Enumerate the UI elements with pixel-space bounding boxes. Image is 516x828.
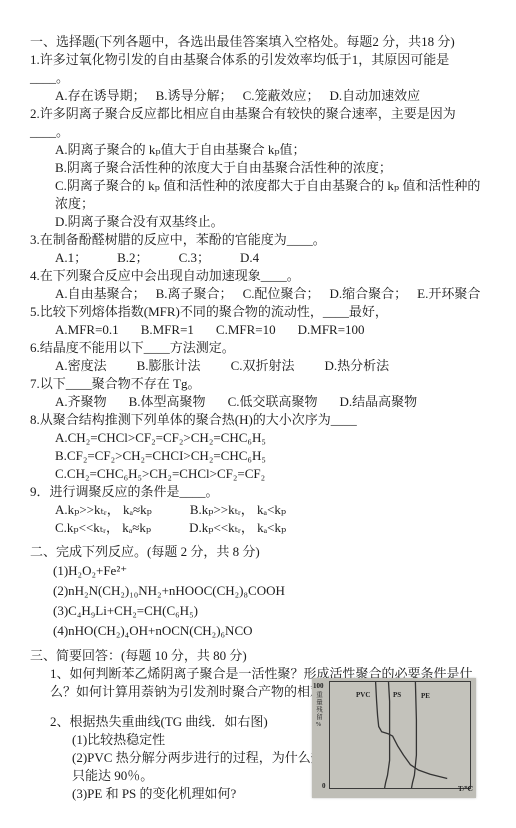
question-9-options-row-1: A.kₚ>>kₜᵣ， kₐ≈kₚ B.kₚ>>kₜᵣ， kₐ<kₚ [55,501,506,519]
x-axis-label: T/℃ [458,780,473,798]
pvc-curve [376,682,448,779]
option-b: B.离子聚合； [156,285,233,303]
tg-curve-figure: 100 重量残留% 0 PVC PS PE T/℃ [312,678,476,798]
question-5-options: A.MFR=0.1 B.MFR=1 C.MFR=10 D.MFR=100 [55,321,506,339]
question-2: 2.许多阴离子聚合反应都比相应自由基聚合有较快的聚合速率，主要是因为____。 … [30,105,506,231]
option-d: D.阴离子聚合没有双基终止。 [55,213,490,231]
option-c: C.笼蔽效应； [243,87,320,105]
option-a: A.自由基聚合； [55,285,146,303]
choice-section: 一、选择题(下列各题中，各选出最佳答案填入空格处。每题2 分，共18 分) 1.… [30,33,506,537]
question-7: 7.以下____聚合物不存在 Tg。 A.齐聚物 B.体型高聚物 C.低交联高聚… [30,375,506,411]
question-3-options: A.1； B.2； C.3； D.4 [55,249,506,267]
question-5-stem: 5.比较下列熔体指数(MFR)不同的聚合物的流动性，____最好， [30,303,482,321]
option-b: B.kₚ>>kₜᵣ， kₐ<kₚ [190,501,286,519]
reaction-4: (4)nHO(CH₂)₄OH+nOCN(CH₂)₆NCO [53,621,506,641]
ps-curve [385,682,390,788]
reaction-3: (3)C₄H₉Li+CH₂=CH(C₆H₅) [53,601,506,621]
option-a: A.齐聚物 [55,393,107,411]
plot-area: PVC PS PE [329,681,471,789]
pvc-curve-label: PVC [356,686,370,704]
option-c: C.配位聚合； [243,285,320,303]
question-3: 3.在制备酚醛树腊的反应中，苯酚的官能度为____。 A.1； B.2； C.3… [30,231,506,267]
question-8-stem: 8.从聚合结构推测下列单体的聚合热(H)的大小次序为____ [30,411,482,429]
option-b: B.膨胀计法 [137,357,201,375]
option-c: C.3； [179,249,210,267]
question-6-stem: 6.结晶度不能用以下____方法测定。 [30,339,482,357]
option-b: B.2； [117,249,148,267]
reaction-1: (1)H₂O₂+Fe²⁺ [53,561,506,581]
q2-subitem-3: (3)PE 和 PS 的变化机理如何? [72,785,350,803]
ps-curve-label: PS [393,686,401,704]
option-a: A.CH₂=CHCl>CF₂=CF₂>CH₂=CHC₆H₅ [55,429,490,447]
question-9-options-row-2: C.kₚ<<kₜᵣ， kₐ≈kₚ D.kₚ<<kₜᵣ， kₐ<kₚ [55,519,506,537]
question-9-stem: 9．进行调聚反应的条件是____。 [30,483,482,501]
option-a: A.MFR=0.1 [55,321,119,339]
y-axis-min-label: 0 [322,777,326,795]
option-a: A.存在诱导期； [55,87,146,105]
question-2-options: A.阴离子聚合的 kₚ值大于自由基聚合 kₚ值； B.阴离子聚合活性种的浓度大于… [30,141,506,231]
reaction-section-heading: 二、完成下列反应。(每题 2 分，共 8 分) [30,543,506,561]
reaction-section: 二、完成下列反应。(每题 2 分，共 8 分) (1)H₂O₂+Fe²⁺ (2)… [30,543,506,641]
short-answer-question-2: 2、根据热失重曲线(TG 曲线．如右图) (1)比较热稳定性 (2)PVC 热分… [50,713,350,803]
question-1-options: A.存在诱导期； B.诱导分解； C.笼蔽效应； D.自动加速效应 [55,87,506,105]
option-c: C.阴离子聚合的 kₚ 值和活性种的浓度都大于自由基聚合的 kₚ 值和活性种的浓… [55,177,490,213]
option-b: B.体型高聚物 [129,393,206,411]
question-1-stem: 1.许多过氧化物引发的自由基聚合体系的引发效率均低于1，其原因可能是____。 [30,51,482,87]
option-b: B.MFR=1 [141,321,194,339]
option-d: D.kₚ<<kₜᵣ， kₐ<kₚ [189,519,286,537]
question-7-options: A.齐聚物 B.体型高聚物 C.低交联高聚物 D.结晶高聚物 [55,393,506,411]
option-b: B.诱导分解； [156,87,233,105]
option-d: D.结晶高聚物 [339,393,417,411]
option-c: C.kₚ<<kₜᵣ， kₐ≈kₚ [55,519,151,537]
short-answer-heading: 三、简要回答：(每题 10 分，共 80 分) [30,647,506,665]
option-e: E.开环聚合 [417,285,480,303]
option-c: C.MFR=10 [216,321,276,339]
pe-curve [412,682,417,788]
option-a: A.阴离子聚合的 kₚ值大于自由基聚合 kₚ值； [55,141,490,159]
option-b: B.阴离子聚合活性种的浓度大于自由基聚合活性种的浓度； [55,159,490,177]
y-axis-label: 重量残留% [315,691,322,729]
question-4-stem: 4.在下列聚合反应中会出现自动加速现象____。 [30,267,482,285]
question-5: 5.比较下列熔体指数(MFR)不同的聚合物的流动性，____最好， A.MFR=… [30,303,506,339]
option-c: C.双折射法 [231,357,295,375]
question-4-options: A.自由基聚合； B.离子聚合； C.配位聚合； D.缩合聚合； E.开环聚合 [55,285,506,303]
q2-subitem-1: (1)比较热稳定性 [72,731,350,749]
question-6: 6.结晶度不能用以下____方法测定。 A.密度法 B.膨胀计法 C.双折射法 … [30,339,506,375]
reaction-2: (2)nH₂N(CH₂)₁₀NH₂+nHOOC(CH₂)₈COOH [53,581,506,601]
question-3-stem: 3.在制备酚醛树腊的反应中，苯酚的官能度为____。 [30,231,482,249]
option-a: A.kₚ>>kₜᵣ， kₐ≈kₚ [55,501,152,519]
pe-curve-label: PE [421,687,430,705]
question-1: 1.许多过氧化物引发的自由基聚合体系的引发效率均低于1，其原因可能是____。 … [30,51,506,105]
option-d: D.MFR=100 [298,321,365,339]
question-2-stem: 2.许多阴离子聚合反应都比相应自由基聚合有较快的聚合速率，主要是因为____。 [30,105,482,141]
option-c: C.低交联高聚物 [228,393,318,411]
question-9: 9．进行调聚反应的条件是____。 A.kₚ>>kₜᵣ， kₐ≈kₚ B.kₚ>… [30,483,506,537]
question-4: 4.在下列聚合反应中会出现自动加速现象____。 A.自由基聚合； B.离子聚合… [30,267,506,303]
option-d: D.热分析法 [324,357,389,375]
option-d: D.缩合聚合； [329,285,407,303]
option-c: C.CH₂=CHC₆H₅>CH₂=CHCl>CF₂=CF₂ [55,465,490,483]
q2-subitem-2: (2)PVC 热分解分两步进行的过程，为什么热失重只能达 90％。 [72,749,350,785]
question-7-stem: 7.以下____聚合物不存在 Tg。 [30,375,482,393]
option-d: D.自动加速效应 [329,87,420,105]
option-a: A.密度法 [55,357,107,375]
option-d: D.4 [240,249,259,267]
option-a: A.1； [55,249,87,267]
question-6-options: A.密度法 B.膨胀计法 C.双折射法 D.热分析法 [55,357,506,375]
option-b: B.CF₂=CF₂>CH₂=CHCI>CH₂=CHC₆H₅ [55,447,490,465]
question-8-options: A.CH₂=CHCl>CF₂=CF₂>CH₂=CHC₆H₅ B.CF₂=CF₂>… [30,429,506,483]
question-8: 8.从聚合结构推测下列单体的聚合热(H)的大小次序为____ A.CH₂=CHC… [30,411,506,483]
short-answer-question-2-lead: 2、根据热失重曲线(TG 曲线．如右图) [50,713,350,731]
choice-section-heading: 一、选择题(下列各题中，各选出最佳答案填入空格处。每题2 分，共18 分) [30,33,506,51]
